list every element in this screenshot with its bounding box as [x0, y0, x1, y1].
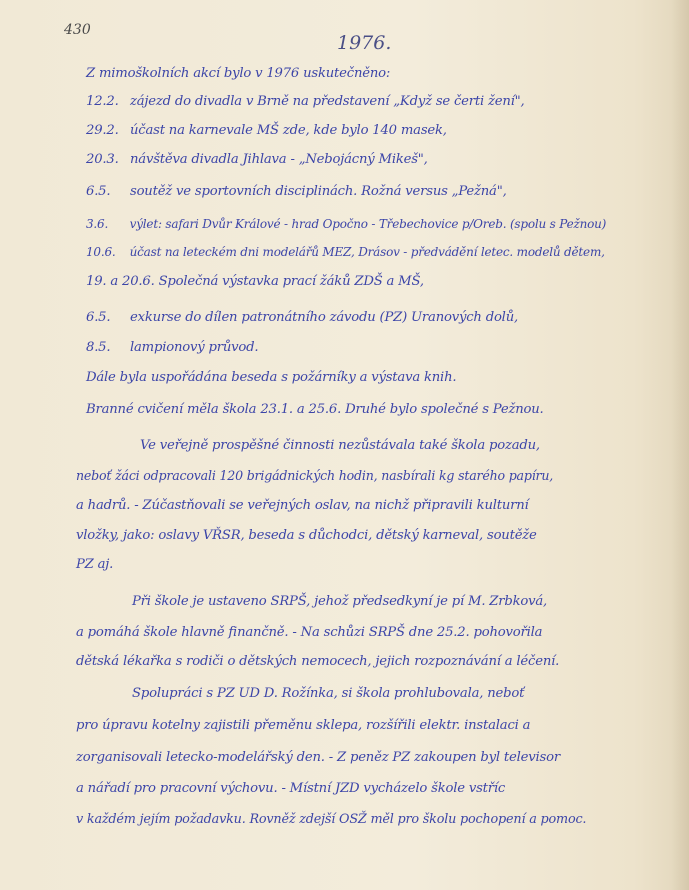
paragraph-line: vložky, jako: oslavy VŘSR, beseda s důch…: [76, 528, 537, 543]
chronicle-page: 430 1976. Z mimoškolních akcí bylo v 197…: [0, 0, 689, 890]
event-text: soutěž ve sportovních disciplinách. Rožn…: [130, 184, 507, 199]
event-date: 8.5.: [86, 340, 126, 355]
event-item: 19. a 20.6. Společná výstavka prací žáků…: [86, 274, 424, 289]
event-text: zájezd do divadla v Brně na představení …: [130, 94, 525, 109]
paragraph-line: a hadrů. - Zúčastňovali se veřejných osl…: [76, 498, 529, 513]
event-date: 29.2.: [86, 123, 126, 138]
page-number: 430: [64, 22, 91, 38]
event-date: 3.6.: [86, 217, 126, 231]
paragraph-line: PZ aj.: [76, 557, 113, 572]
paragraph-line: Při škole je ustaveno SRPŠ, jehož předse…: [132, 594, 547, 609]
event-text: návštěva divadla Jihlava - „Nebojácný Mi…: [130, 152, 428, 167]
event-text: Společná výstavka prací žáků ZDŠ a MŠ,: [159, 274, 424, 289]
event-text: exkurse do dílen patronátního závodu (PZ…: [130, 310, 518, 325]
event-date: 6.5.: [86, 184, 126, 199]
paragraph-line: neboť žáci odpracovali 120 brigádnických…: [76, 468, 553, 483]
paragraph-line: Spolupráci s PZ UD D. Rožínka, si škola …: [132, 686, 524, 701]
event-date: 19. a 20.6.: [86, 274, 155, 289]
event-text: výlet: safari Dvůr Králové - hrad Opočno…: [130, 217, 607, 231]
event-item: 10.6. účast na leteckém dni modelářů MEZ…: [86, 245, 605, 259]
event-item: 8.5. lampionový průvod.: [86, 340, 258, 355]
event-item: 29.2. účast na karnevale MŠ zde, kde byl…: [86, 123, 447, 138]
event-date: 10.6.: [86, 245, 126, 259]
paragraph-line: zorganisovali letecko-modelářský den. - …: [76, 750, 560, 765]
year-heading: 1976.: [337, 32, 391, 54]
event-date: 12.2.: [86, 94, 126, 109]
event-date: 20.3.: [86, 152, 126, 167]
paragraph-line: a pomáhá škole hlavně finančně. - Na sch…: [76, 625, 542, 640]
paragraph-line: pro úpravu kotelny zajistili přeměnu skl…: [76, 718, 530, 733]
intro-line: Z mimoškolních akcí bylo v 1976 uskutečn…: [86, 66, 390, 81]
paragraph-line: Dále byla uspořádána beseda s požárníky …: [86, 370, 456, 385]
event-text: lampionový průvod.: [130, 340, 258, 355]
paragraph-line: v každém jejím požadavku. Rovněž zdejší …: [76, 812, 586, 827]
event-text: účast na leteckém dni modelářů MEZ, Drás…: [130, 245, 605, 259]
event-text: účast na karnevale MŠ zde, kde bylo 140 …: [130, 123, 447, 138]
paragraph-line: dětská lékařka s rodiči o dětských nemoc…: [76, 654, 559, 669]
paragraph-line: Ve veřejně prospěšné činnosti nezůstával…: [140, 438, 540, 453]
event-item: 12.2. zájezd do divadla v Brně na předst…: [86, 94, 525, 109]
paragraph-line: a nářadí pro pracovní výchovu. - Místní …: [76, 781, 505, 796]
event-item: 6.5. soutěž ve sportovních disciplinách.…: [86, 184, 507, 199]
event-item: 20.3. návštěva divadla Jihlava - „Nebojá…: [86, 152, 428, 167]
paragraph-line: Branné cvičení měla škola 23.1. a 25.6. …: [86, 402, 544, 417]
event-date: 6.5.: [86, 310, 126, 325]
event-item: 6.5. exkurse do dílen patronátního závod…: [86, 310, 518, 325]
event-item: 3.6. výlet: safari Dvůr Králové - hrad O…: [86, 217, 606, 231]
